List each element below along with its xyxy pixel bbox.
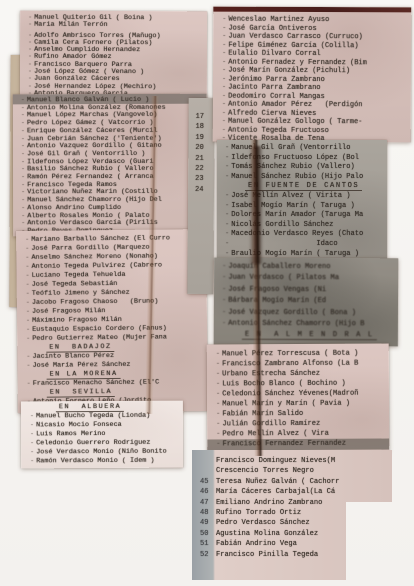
entry-text: José Tegeda Sebastián (32, 280, 118, 289)
line-number: 45 (200, 477, 215, 487)
entry-text: Teresa Nuñez Galván ( Cachorr (216, 478, 339, 486)
entry-text: Manuel Bucho Tegeda (Lionda) (36, 412, 150, 421)
name-entry: Joaquín Caballero Moreno (222, 262, 398, 274)
entry-text: 20 (195, 144, 203, 152)
name-list: Manuel Gil Grañ (VentorrilloIldefonso Fr… (217, 140, 387, 259)
name-entry: 51Fabián Andrino Vega (200, 539, 392, 549)
entry-text: Francisco Fernandez Fernandez (222, 440, 345, 449)
name-entry: 24 (195, 185, 214, 196)
entry-text: Nicasio Mocio Fonseca (36, 421, 122, 429)
entry-text: Francisco Pinilla Tegeda (216, 551, 318, 559)
name-entry: 21 (195, 154, 214, 165)
name-entry: Juan Verdasco ( Pilatos Ma (222, 273, 398, 285)
entry-text: Felipe Giménez García (Colilla) (228, 41, 358, 50)
entry-text: José María Pérez Sánchez (33, 361, 131, 370)
entry-text: Fabián Marín Salido (222, 410, 303, 418)
entry-text: José Mellín Alvez ( Virita ) (231, 192, 350, 200)
paper-fragment-right-2: Manuel Gil Grañ (VentorrilloIldefonso Fr… (217, 140, 387, 260)
line-number: 48 (200, 508, 215, 518)
entry-text: Mariano Barballo Sánchez (El Curro (31, 234, 170, 243)
name-entry: Manuel Sánchez Rubio (Hijo Palo (225, 173, 387, 183)
entry-text: Alfredo Cierva Nieves (228, 109, 316, 117)
name-entry: Dolores Marín Amador (Taruga Ma (225, 211, 387, 221)
entry-text: Braulio Mogío Marín ( Taruga ) (231, 250, 359, 258)
entry-text: Luis Bocho Blanco ( Bochino ) (222, 380, 345, 389)
entry-text: Ramón Verdasco Monio ( Idem ) (36, 457, 154, 466)
name-list: Joaquín Caballero MorenoJuan Verdasco ( … (214, 258, 398, 342)
name-list: Manuel Blanco Galván ( Lucio )Antonio Mo… (13, 94, 207, 236)
name-entry: Nicolás Gordillo Sánchez (225, 221, 387, 231)
entry-text: Eustaquio Espacio Cordero (Fanus) (32, 324, 167, 333)
name-list: Mariano Barballo Sánchez (El CurroJosé P… (16, 229, 208, 407)
line-number: 49 (200, 518, 215, 528)
line-numbers: 1718192021222324 (188, 98, 215, 195)
line-number: 46 (200, 487, 215, 497)
entry-text: Pedro Verdasco Sánchez (216, 519, 310, 527)
name-entry: Antonio Sánchez Chamorro (Hijo B (222, 319, 398, 331)
entry-text: María Cáceres Carbajal(La Cá (216, 488, 335, 496)
line-number-margin: 1718192021222324 (187, 98, 214, 294)
entry-text: Anselmo Sánchez Moreno (Nonaho) (31, 253, 158, 262)
entry-text: 17 (196, 113, 204, 121)
entry-text: Urbano Estrecha Sánchez (222, 370, 320, 379)
line-number: 47 (200, 498, 215, 508)
entry-text: Fabián Andrino Vega (216, 540, 297, 548)
entry-text: 22 (195, 165, 203, 173)
entry-text: Juan Verdasco ( Pilatos Ma (228, 274, 339, 282)
entry-text: José Verdasco Monio (Niño Bonito (36, 448, 167, 457)
entry-text: Rufino Torrado Ortiz (216, 509, 301, 517)
name-entry: Maria Milán Terrón (28, 22, 207, 30)
entry-text: José Vazquez Gordillo ( Bona ) (228, 308, 356, 316)
name-entry: Macedonio Verdasco Reyes (Chato (225, 230, 387, 240)
entry-text: Manuel Pérez Torrescusa ( Bota ) (222, 350, 358, 359)
entry-text: Crescencio Torres Negro (216, 467, 314, 475)
entry-text: E N A L M E N D R A L (242, 331, 377, 340)
entry-text: Francisco Dominguez Nieves(M (216, 457, 335, 465)
name-entry: Francisco Dominguez Nieves(M (200, 456, 392, 466)
entry-text: Jacinto Blanco Pérez (32, 352, 114, 361)
line-number: 50 (200, 529, 215, 539)
entry-text: Antonio Tegeda Pulvirez (Cabrero (31, 261, 162, 270)
entry-text: Macedonio Verdasco Reyes (Chato (231, 230, 363, 238)
entry-text: Isabel Mogío Marín ( Taruga ) (231, 202, 354, 210)
entry-text: José García Ontiveros (228, 24, 316, 32)
name-entry: 20 (195, 143, 214, 154)
entry-text: Francisco Zambrano Alfonso (La B (222, 360, 358, 369)
name-entry: Ramón Verdasco Monio ( Idem ) (30, 457, 183, 467)
entry-text: Luciano Tegeda Tehuelda (32, 271, 126, 280)
paper-fragment-right-4: Manuel Pérez Torrescusa ( Bota )Francisc… (207, 344, 390, 453)
name-list: Manuel Pérez Torrescusa ( Bota )Francisc… (207, 344, 390, 450)
paper-fragment-left-4: EN ALBUERAManuel Bucho Tegeda (Lionda)Ni… (21, 401, 183, 469)
entry-text: Manuel Marín y Marín ( Pavia ) (222, 400, 350, 409)
name-entry: Ildefonso Fructuoso López (Bol (225, 154, 387, 164)
entry-text: Nicolás Gordillo Sánchez (231, 221, 333, 229)
entry-text: Julián Gordillo Ramírez (222, 420, 320, 429)
entry-text: Luis Ramos Merino (36, 430, 105, 438)
name-entry: Isabel Mogío Marín ( Taruga ) (225, 202, 387, 212)
paper-fragment-left-3: Mariano Barballo Sánchez (El CurroJosé P… (16, 229, 208, 413)
name-entry: José Vazquez Gordillo ( Bona ) (222, 307, 398, 319)
entry-text: Manuel Gil Grañ (Ventorrillo (231, 144, 350, 152)
name-entry: 19 (195, 133, 214, 144)
entry-text: Agustina Molina González (216, 530, 318, 538)
entry-text: Francisco Menacho Sánchez (El'C (33, 379, 160, 388)
name-entry: 52Francisco Pinilla Tegeda (200, 550, 392, 560)
entry-text: Celedonio Sánchez Yévenes(Madroñ (222, 390, 358, 399)
entry-text: Pedro Gutierrez Mateo (Mujer Fana (32, 333, 167, 342)
paper-fragment-right-5: Francisco Dominguez Nieves(MCrescencio T… (192, 450, 392, 580)
name-entry: 45Teresa Nuñez Galván ( Cachorr (200, 477, 392, 487)
name-entry: José Mellín Alvez ( Virita ) (225, 192, 387, 202)
entry-text: Jerónimo Parra Zambrano (228, 75, 325, 83)
name-entry: José Verdasco Monio (Niño Bonito (30, 448, 183, 458)
name-entry: 17 (196, 112, 215, 123)
entry-text: Tomás Sánchez Rubio (Vallero) (231, 163, 354, 171)
name-entry: 49Pedro Verdasco Sánchez (200, 518, 392, 528)
entry-text: Celedonio Guerrero Rodriguez (36, 439, 150, 448)
entry-text: Antonio Tegeda Fructuoso (228, 126, 329, 134)
name-entry: 50Agustina Molina González (200, 529, 392, 539)
entry-text: 21 (195, 155, 203, 163)
entry-text: Dolores Marín Amador (Taruga Ma (231, 211, 363, 219)
entry-text: José Parra Gordillo (Marquezo (31, 244, 149, 253)
name-entry: 18 (195, 122, 214, 133)
entry-text: Wenceslao Martinez Ayuso (228, 16, 329, 24)
name-entry: 48Rufino Torrado Ortiz (200, 508, 392, 518)
entry-text: José Fragoso Vengas (Ni (228, 286, 326, 294)
paper-fragment-right-1: Wenceslao Martinez AyusoJosé García Onti… (213, 7, 412, 143)
entry-text: Joaquín Caballero Moreno (228, 263, 330, 271)
entry-text: Juan Verdasco Carrasco (Curruco) (228, 33, 362, 42)
entry-text: Pedro Mellín Alvez ( Vira (222, 430, 328, 439)
paper-fragment-left-1: Manuel Quiterio Gil ( Boina )Maria Milán… (20, 11, 207, 100)
paper-fragment-left-2: Manuel Blanco Galván ( Lucio )Antonio Mo… (13, 94, 207, 237)
entry-text: Antonio Fernadez y Fernandez (Bim (228, 58, 367, 67)
entry-text: Ildefonso Fructuoso López (Bol (231, 154, 359, 162)
name-entry: 47Emiliano Andrino Zambrano (200, 498, 392, 508)
entry-text: 19 (195, 134, 203, 142)
entry-text: Máximino Fragoso Milán (32, 316, 122, 325)
entry-text: EN ALBUERA (56, 403, 125, 412)
entry-text: Antonio Sánchez Chamorro (Hijo B (228, 320, 364, 328)
entry-text: Emiliano Andrino Zambrano (216, 499, 322, 507)
name-entry: Crescencio Torres Negro (200, 466, 392, 476)
name-entry: Francisco Fernandez Fernandez (216, 439, 389, 450)
entry-text: Jacobo Fragoso Chaoso (Bruno) (32, 298, 159, 307)
name-entry: Manuel Gil Grañ (Ventorrillo (225, 144, 387, 154)
paper-fragment-right-3: Joaquín Caballero MorenoJuan Verdasco ( … (214, 258, 398, 347)
entry-text: Eulalio Dilvaro Corral (228, 50, 320, 58)
entry-text: Manuel Sánchez Rubio (Hijo Palo (231, 173, 363, 181)
name-entry: Braulio Mogío Marín ( Taruga ) (225, 250, 387, 260)
name-entry: Bárbara Mogío Marín (Ed (222, 296, 398, 308)
maroon-edge-bar (213, 7, 411, 13)
entry-text: José Marín González (Pichuli) (228, 67, 350, 76)
name-entry: Tomás Sánchez Rubio (Vallero) (225, 163, 387, 173)
location-header: EN FUENTE DE CANTOS (225, 182, 387, 192)
document-collage-photo: Manuel Quiterio Gil ( Boina )Maria Milán… (0, 0, 414, 586)
entry-text: Teófilo Jimeno y Sánchez (32, 289, 130, 298)
name-list: Francisco Dominguez Nieves(MCrescencio T… (192, 450, 392, 560)
entry-text: 24 (195, 186, 203, 194)
entry-text: Maria Milán Terrón (34, 21, 107, 29)
entry-text: José Fragoso Milán (32, 307, 106, 316)
entry-text: 23 (195, 175, 203, 183)
entry-text: 18 (195, 123, 203, 131)
name-list: Manuel Quiterio Gil ( Boina )Maria Milán… (20, 11, 207, 100)
line-number: 51 (200, 539, 215, 549)
name-list: EN ALBUERAManuel Bucho Tegeda (Lionda)Ni… (21, 401, 183, 467)
name-entry: José Fragoso Vengas (Ni (222, 285, 398, 297)
name-entry: Idaco (225, 240, 387, 250)
entry-text: Antonio Amador Pérez (Perdigón (228, 101, 362, 110)
name-list: Wenceslao Martinez AyusoJosé García Onti… (213, 7, 412, 143)
line-number: 52 (200, 550, 215, 560)
entry-text: Manuel González Gollogo ( Tarme- (228, 118, 362, 127)
name-entry: 23 (195, 174, 214, 185)
entry-text: Deodomiro Corral Mangas (228, 92, 325, 100)
entry-text: Jacinto Parra Zambrano (228, 84, 320, 92)
entry-text: EN FUENTE DE CANTOS (245, 182, 362, 191)
entry-text: Bárbara Mogío Marín (Ed (228, 297, 326, 305)
name-entry: 22 (195, 164, 214, 175)
location-header: E N A L M E N D R A L (222, 330, 398, 342)
entry-text: Idaco (231, 240, 337, 248)
name-entry: 46María Cáceres Carbajal(La Cá (200, 487, 392, 497)
